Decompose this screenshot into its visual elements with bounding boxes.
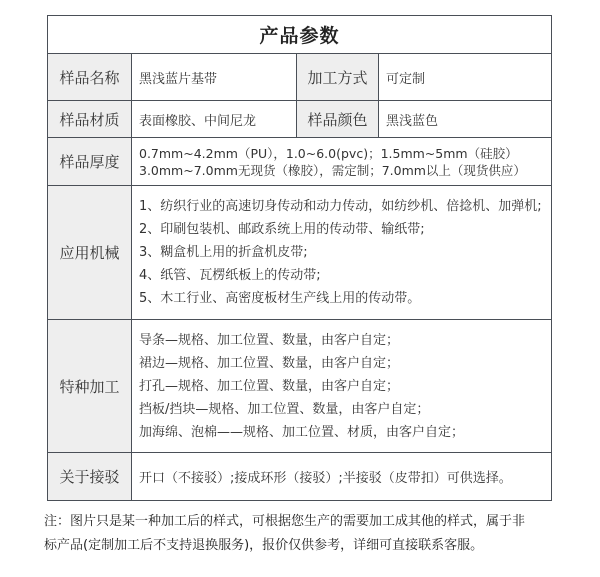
label-application-machinery: 应用机械	[48, 186, 132, 319]
value-sample-name: 黑浅蓝片基带	[132, 54, 297, 100]
value-splice: 开口（不接驳）;接成环形（接驳）;半接驳（皮带扣）可供选择。	[132, 453, 551, 500]
footnote: 注：图片只是某一种加工后的样式，可根据您生产的需要加工成其他的样式，属于非 标产…	[44, 510, 564, 558]
table-row-special: 特种加工 导条—规格、加工位置、数量，由客户自定； 裙边—规格、加工位置、数量，…	[48, 319, 551, 452]
value-sample-thickness: 0.7mm~4.2mm（PU），1.0~6.0(pvc)；1.5mm~5mm（硅…	[132, 138, 551, 185]
list-item: 加海绵、泡棉——规格、加工位置、材质，由客户自定；	[139, 421, 464, 444]
label-process-method: 加工方式	[297, 54, 379, 100]
list-item: 打孔—规格、加工位置、数量，由客户自定；	[139, 375, 399, 398]
list-item: 4、纸管、瓦楞纸板上的传动带;	[139, 264, 321, 287]
table-row-machinery: 应用机械 1、纺织行业的高速切身传动和动力传动，如纺纱机、倍捻机、加弹机; 2、…	[48, 185, 551, 319]
label-sample-color: 样品颜色	[297, 101, 379, 137]
table-row-name: 样品名称 黑浅蓝片基带 加工方式 可定制	[48, 53, 551, 100]
label-special-processing: 特种加工	[48, 320, 132, 452]
footnote-line: 注：图片只是某一种加工后的样式，可根据您生产的需要加工成其他的样式，属于非	[44, 510, 564, 534]
footnote-line: 标产品(定制加工后不支持退换服务)，报价仅供参考，详细可直接联系客服。	[44, 534, 564, 558]
label-sample-thickness: 样品厚度	[48, 138, 132, 185]
list-item: 导条—规格、加工位置、数量，由客户自定；	[139, 329, 399, 352]
value-sample-material: 表面橡胶、中间尼龙	[132, 101, 297, 137]
table-row-material: 样品材质 表面橡胶、中间尼龙 样品颜色 黑浅蓝色	[48, 100, 551, 137]
value-special-processing: 导条—规格、加工位置、数量，由客户自定； 裙边—规格、加工位置、数量，由客户自定…	[132, 320, 551, 452]
thickness-line: 0.7mm~4.2mm（PU），1.0~6.0(pvc)；1.5mm~5mm（硅…	[139, 145, 518, 162]
list-item: 2、印刷包装机、邮政系统上用的传动带、输纸带;	[139, 218, 425, 241]
value-process-method: 可定制	[379, 54, 551, 100]
list-item: 3、糊盒机上用的折盒机皮带;	[139, 241, 308, 264]
product-params-table: 产品参数 样品名称 黑浅蓝片基带 加工方式 可定制 样品材质 表面橡胶、中间尼龙…	[47, 15, 552, 501]
table-row-thickness: 样品厚度 0.7mm~4.2mm（PU），1.0~6.0(pvc)；1.5mm~…	[48, 137, 551, 185]
label-sample-name: 样品名称	[48, 54, 132, 100]
list-item: 挡板/挡块—规格、加工位置、数量，由客户自定；	[139, 398, 429, 421]
value-sample-color: 黑浅蓝色	[379, 101, 551, 137]
label-splice: 关于接驳	[48, 453, 132, 500]
list-item: 裙边—规格、加工位置、数量，由客户自定；	[139, 352, 399, 375]
label-sample-material: 样品材质	[48, 101, 132, 137]
thickness-line: 3.0mm~7.0mm无现货（橡胶），需定制；7.0mm以上（现货供应）	[139, 162, 526, 179]
table-row-splice: 关于接驳 开口（不接驳）;接成环形（接驳）;半接驳（皮带扣）可供选择。	[48, 452, 551, 500]
table-title: 产品参数	[259, 21, 339, 48]
table-title-row: 产品参数	[48, 16, 551, 53]
list-item: 1、纺织行业的高速切身传动和动力传动，如纺纱机、倍捻机、加弹机;	[139, 195, 542, 218]
value-application-machinery: 1、纺织行业的高速切身传动和动力传动，如纺纱机、倍捻机、加弹机; 2、印刷包装机…	[132, 186, 551, 319]
list-item: 5、木工行业、高密度板材生产线上用的传动带。	[139, 287, 420, 310]
